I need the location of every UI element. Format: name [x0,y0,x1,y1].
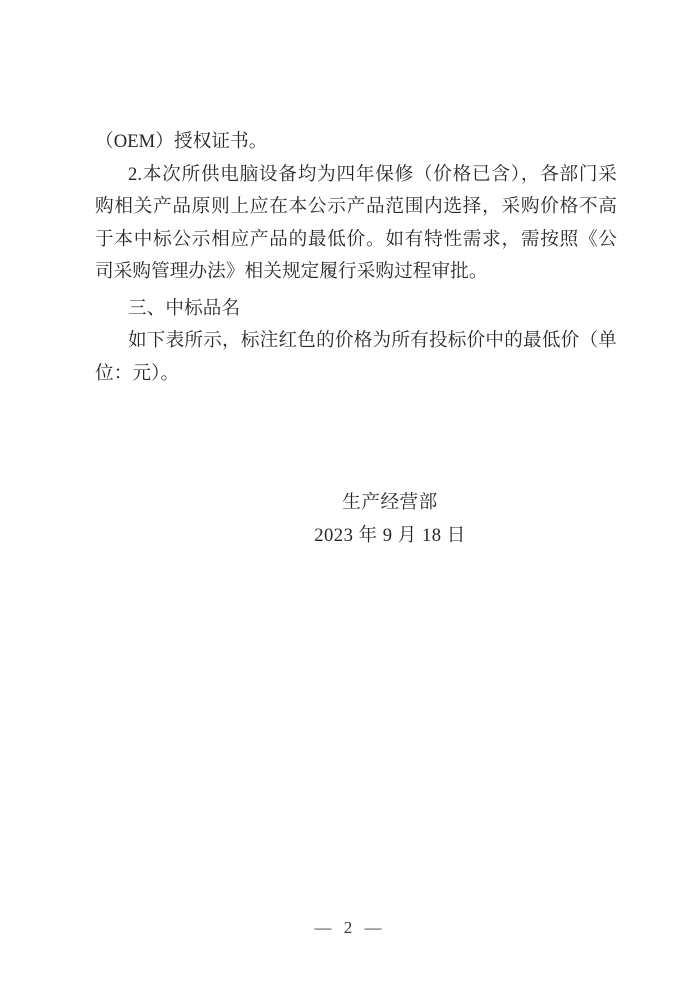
paragraph-lowest-price-note: 如下表所示，标注红色的价格为所有投标价中的最低价（单位：元）。 [95,325,617,390]
document-page: （OEM）授权证书。 2.本次所供电脑设备均为四年保修（价格已含），各部门采购相… [0,0,700,989]
paragraph-warranty-procurement-policy: 2.本次所供电脑设备均为四年保修（价格已含），各部门采购相关产品原则上应在本公示… [95,159,617,289]
paragraph-oem-certificate: （OEM）授权证书。 [95,126,617,159]
signature-date: 2023 年 9 月 18 日 [285,520,495,553]
page-footer: — 2 — [0,916,700,940]
signature-department: 生产经营部 [285,487,495,520]
page-number: — 2 — [315,918,386,937]
section-heading-winning-bid-products: 三、中标品名 [95,293,617,326]
document-body: （OEM）授权证书。 2.本次所供电脑设备均为四年保修（价格已含），各部门采购相… [95,126,617,390]
signature-block: 生产经营部 2023 年 9 月 18 日 [285,487,495,552]
